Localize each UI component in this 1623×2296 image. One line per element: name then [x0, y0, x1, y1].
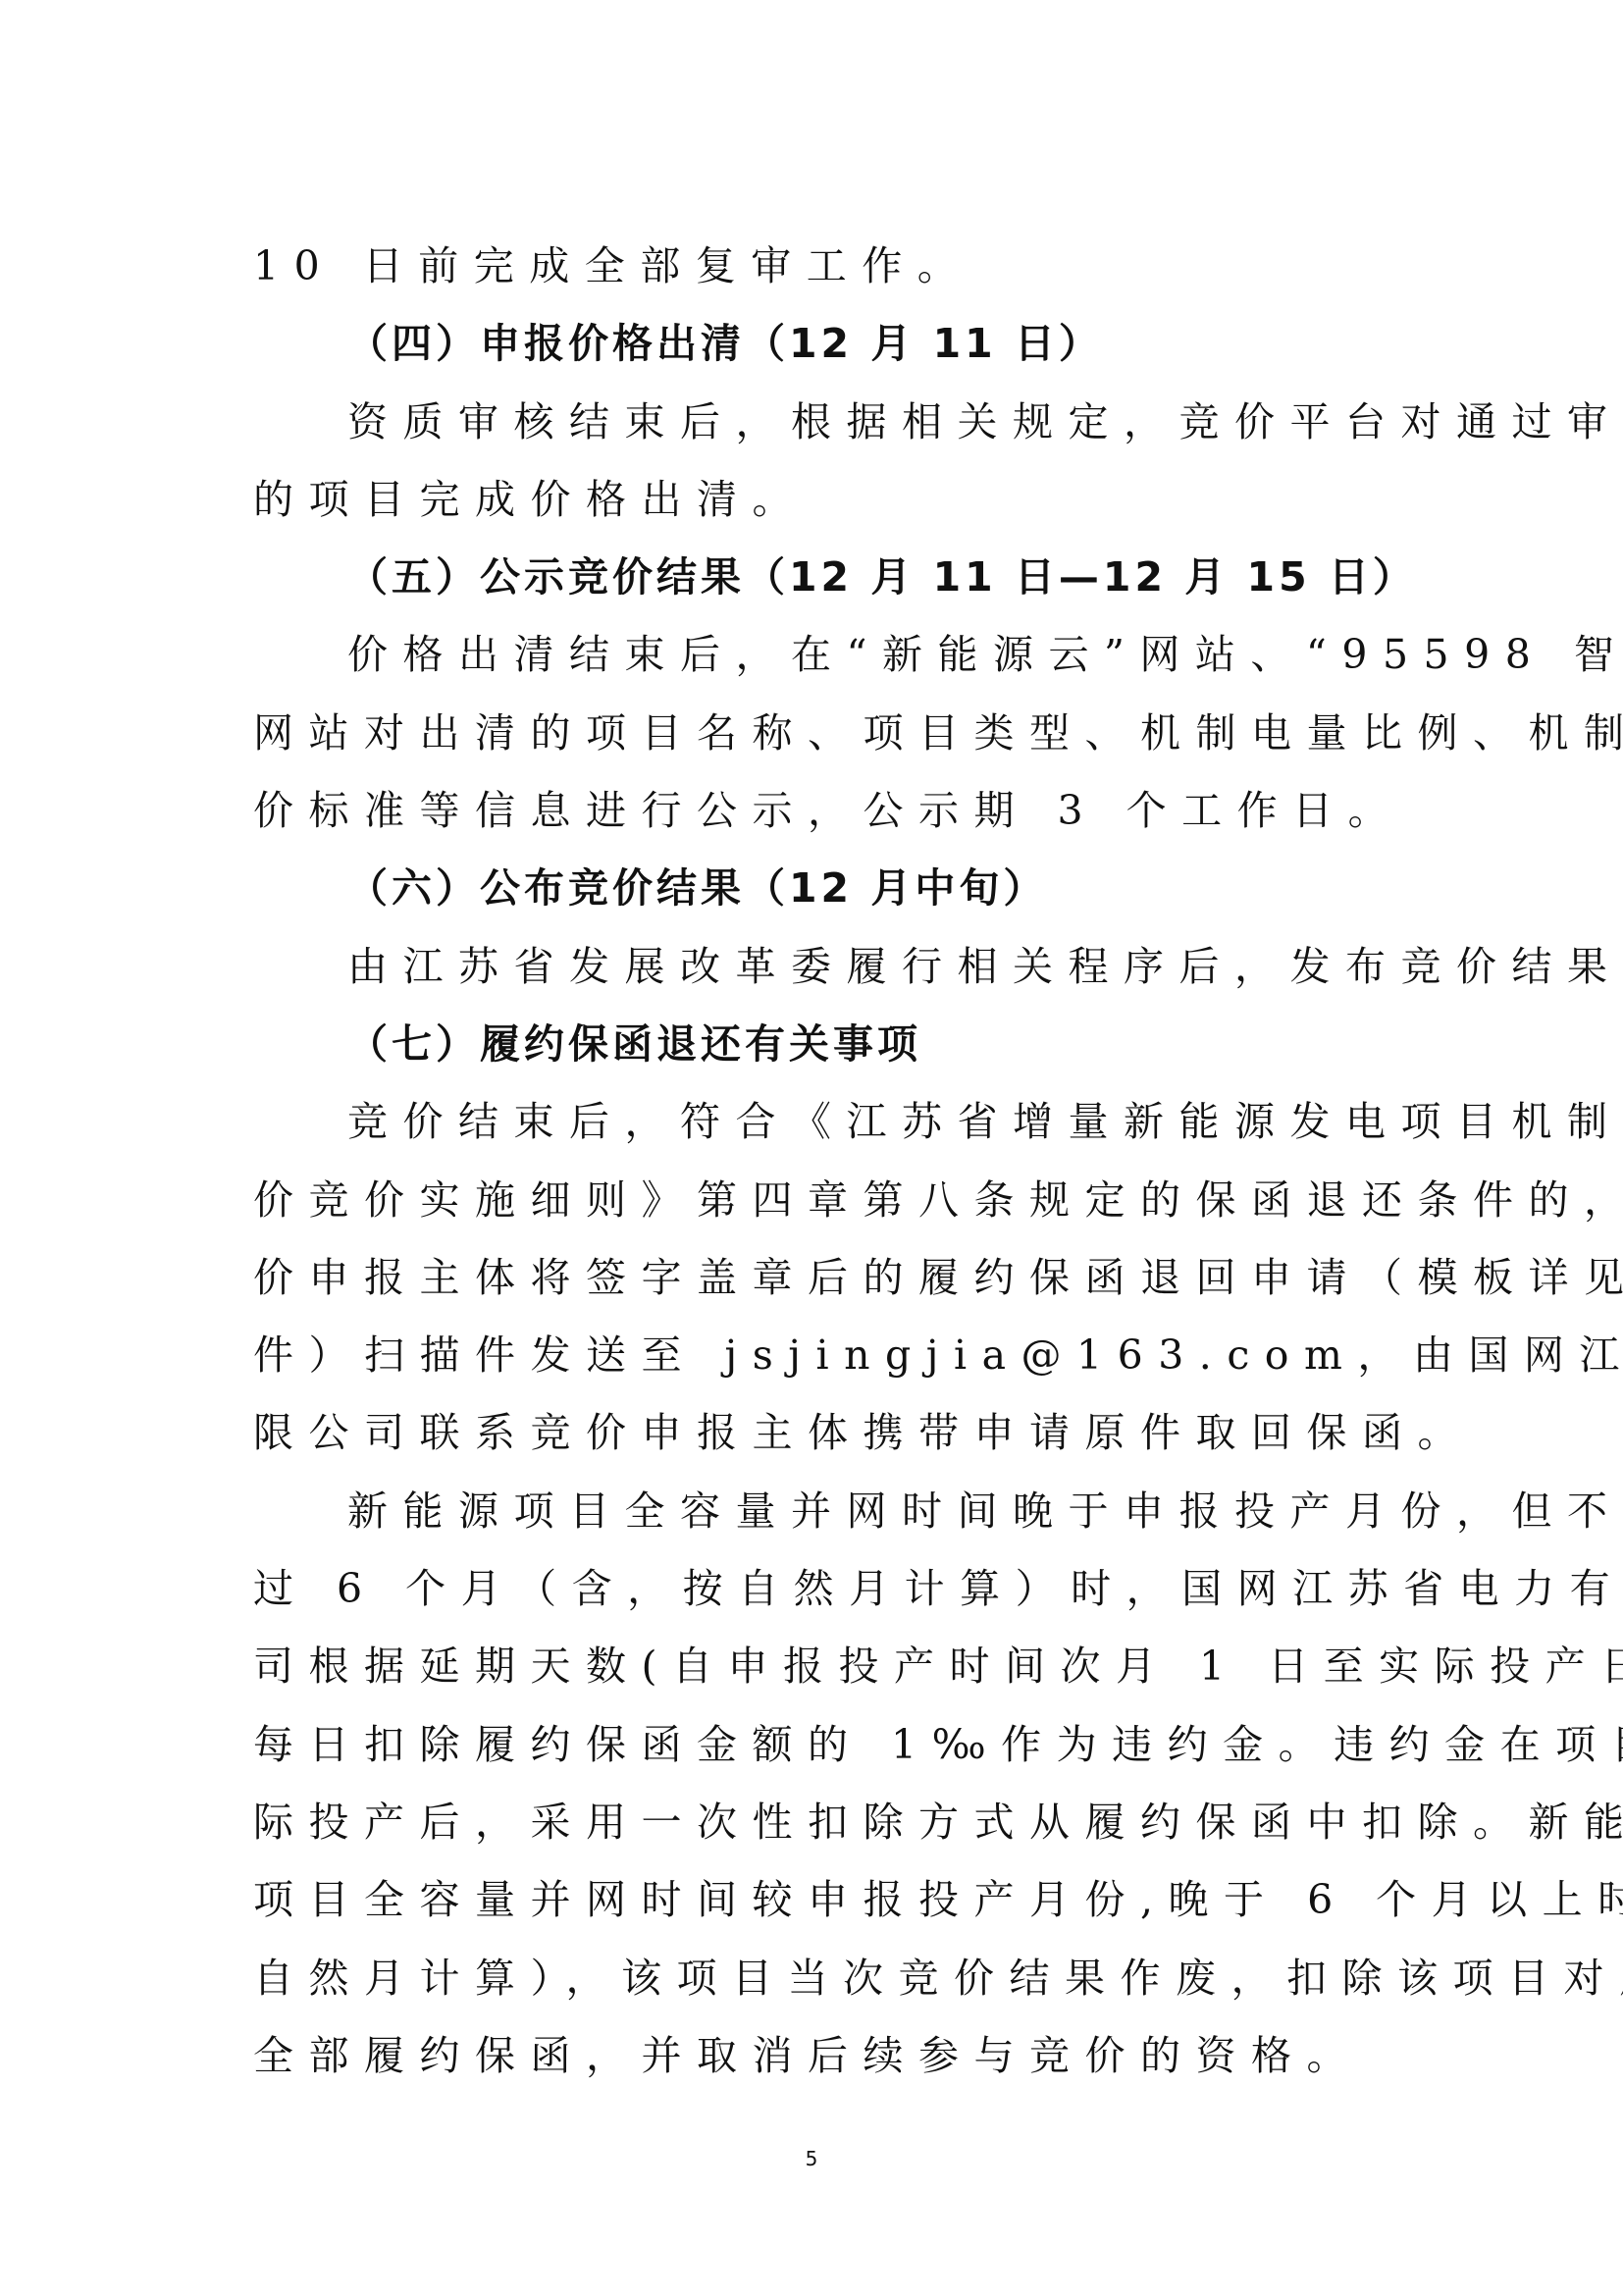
paragraph-line: 10 日前完成全部复审工作。: [253, 237, 1382, 315]
paragraph-line: 资质审核结束后，根据相关规定，竞价平台对通过审核: [253, 393, 1382, 471]
paragraph-line: 新能源项目全容量并网时间晚于申报投产月份，但不超: [253, 1483, 1382, 1560]
paragraph-line: 限公司联系竞价申报主体携带申请原件取回保函。: [253, 1404, 1382, 1482]
paragraph-line: 自然月计算），该项目当次竞价结果作废，扣除该项目对应: [253, 1950, 1382, 2027]
paragraph-line: 的项目完成价格出清。: [253, 471, 1382, 548]
paragraph-line: 价标准等信息进行公示，公示期 3 个工作日。: [253, 782, 1382, 860]
section-heading-7: （七）履约保函退还有关事项: [253, 1016, 1382, 1093]
section-heading-5: （五）公示竞价结果（12 月 11 日—12 月 15 日）: [253, 548, 1382, 626]
paragraph-line: 项目全容量并网时间较申报投产月份,晚于 6 个月以上时(按: [253, 1871, 1382, 1949]
paragraph-line-email: 件）扫描件发送至 jsjingjia@163.com，由国网江苏省电力有: [253, 1327, 1382, 1404]
paragraph-line: 价竞价实施细则》第四章第八条规定的保函退还条件的，竞: [253, 1172, 1382, 1249]
paragraph-line: 网站对出清的项目名称、项目类型、机制电量比例、机制电: [253, 704, 1382, 782]
section-heading-4: （四）申报价格出清（12 月 11 日）: [253, 315, 1382, 392]
paragraph-line: 竞价结束后，符合《江苏省增量新能源发电项目机制电: [253, 1093, 1382, 1171]
paragraph-line: 每日扣除履约保函金额的 1‰作为违约金。违约金在项目实: [253, 1716, 1382, 1794]
paragraph-line: 由江苏省发展改革委履行相关程序后，发布竞价结果。: [253, 938, 1382, 1016]
paragraph-line: 价申报主体将签字盖章后的履约保函退回申请（模板详见附: [253, 1249, 1382, 1327]
paragraph-line: 全部履约保函，并取消后续参与竞价的资格。: [253, 2027, 1382, 2105]
document-page: 10 日前完成全部复审工作。 （四）申报价格出清（12 月 11 日） 资质审核…: [253, 237, 1382, 2105]
page-number: 5: [0, 2147, 1623, 2170]
paragraph-line: 司根据延期天数(自申报投产时间次月 1 日至实际投产日期）: [253, 1638, 1382, 1715]
paragraph-line: 价格出清结束后，在“新能源云”网站、“95598 智能互动”: [253, 626, 1382, 704]
paragraph-line: 过 6 个月（含，按自然月计算）时，国网江苏省电力有限公: [253, 1560, 1382, 1638]
section-heading-6: （六）公布竞价结果（12 月中旬）: [253, 860, 1382, 937]
paragraph-line: 际投产后，采用一次性扣除方式从履约保函中扣除。新能源: [253, 1794, 1382, 1871]
